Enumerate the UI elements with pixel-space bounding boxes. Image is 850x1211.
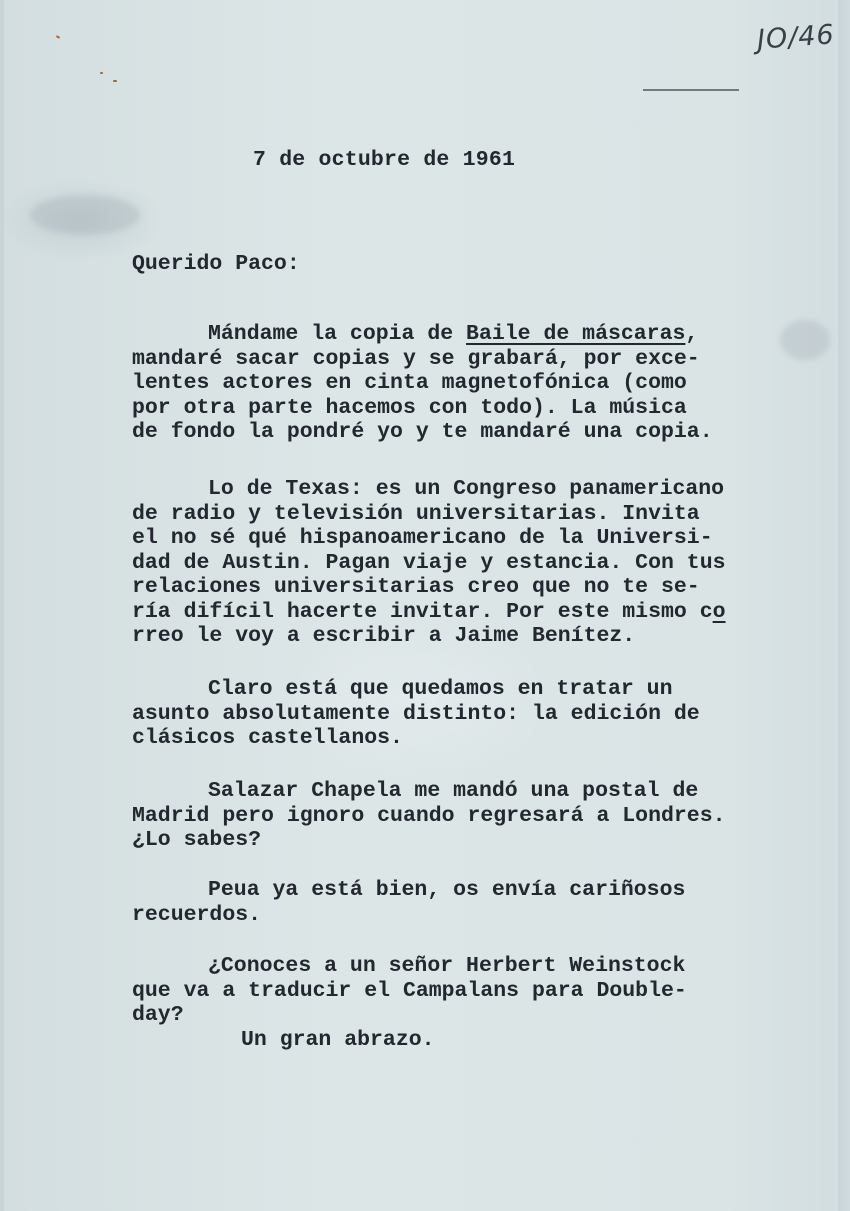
underlined-text: Baile de máscaras <box>466 322 685 346</box>
archive-rule <box>643 89 739 91</box>
letter-date: 7 de octubre de 1961 <box>253 148 515 172</box>
text-line: de radio y televisión universitarias. In… <box>132 502 726 527</box>
text-line: Madrid pero ignoro cuando regresará a Lo… <box>132 804 726 829</box>
paragraph-3: Claro está que quedamos en tratar unasun… <box>132 677 700 751</box>
text-line: ¿Lo sabes? <box>132 828 726 853</box>
paper-fleck <box>100 72 103 74</box>
text-line: lentes actores en cinta magnetofónica (c… <box>132 371 713 396</box>
paper-fleck <box>113 80 117 82</box>
paragraph-1: Mándame la copia de Baile de máscaras,ma… <box>132 322 713 445</box>
text-line: Mándame la copia de Baile de máscaras, <box>132 322 713 347</box>
letter-page: JO/46 7 de octubre de 1961 Querido Paco:… <box>0 0 850 1211</box>
paper-stain <box>780 320 830 360</box>
page-edge-right <box>838 0 850 1211</box>
archive-number: JO/46 <box>756 19 836 55</box>
text-line: ¿Conoces a un señor Herbert Weinstock <box>132 954 687 979</box>
text-line: que va a traducir el Campalans para Doub… <box>132 979 687 1004</box>
paragraph-5: Peua ya está bien, os envía cariñososrec… <box>132 878 685 927</box>
text-line: day? <box>132 1003 687 1028</box>
text-line: ría difícil hacerte invitar. Por este mi… <box>132 600 726 625</box>
paper-stain <box>30 195 140 235</box>
text-line: relaciones universitarias creo que no te… <box>132 575 726 600</box>
text-line: asunto absolutamente distinto: la edició… <box>132 702 700 727</box>
closing: Un gran abrazo. <box>241 1028 435 1052</box>
text-line: de fondo la pondré yo y te mandaré una c… <box>132 420 713 445</box>
underlined-text: o <box>713 600 726 624</box>
salutation: Querido Paco: <box>132 252 300 276</box>
text-line: recuerdos. <box>132 903 685 928</box>
paragraph-6: ¿Conoces a un señor Herbert Weinstockque… <box>132 954 687 1028</box>
text-line: rreo le voy a escribir a Jaime Benítez. <box>132 624 726 649</box>
text-line: Salazar Chapela me mandó una postal de <box>132 779 726 804</box>
text-line: Peua ya está bien, os envía cariñosos <box>132 878 685 903</box>
text-line: dad de Austin. Pagan viaje y estancia. C… <box>132 551 726 576</box>
paragraph-4: Salazar Chapela me mandó una postal deMa… <box>132 779 726 853</box>
text-line: por otra parte hacemos con todo). La mús… <box>132 396 713 421</box>
page-edge-left <box>0 0 4 1211</box>
text-line: Lo de Texas: es un Congreso panamericano <box>132 477 726 502</box>
text-line: el no sé qué hispanoamericano de la Univ… <box>132 526 726 551</box>
text-line: mandaré sacar copias y se grabará, por e… <box>132 347 713 372</box>
paper-fleck <box>56 35 60 39</box>
text-line: clásicos castellanos. <box>132 726 700 751</box>
paragraph-2: Lo de Texas: es un Congreso panamericano… <box>132 477 726 649</box>
text-line: Claro está que quedamos en tratar un <box>132 677 700 702</box>
